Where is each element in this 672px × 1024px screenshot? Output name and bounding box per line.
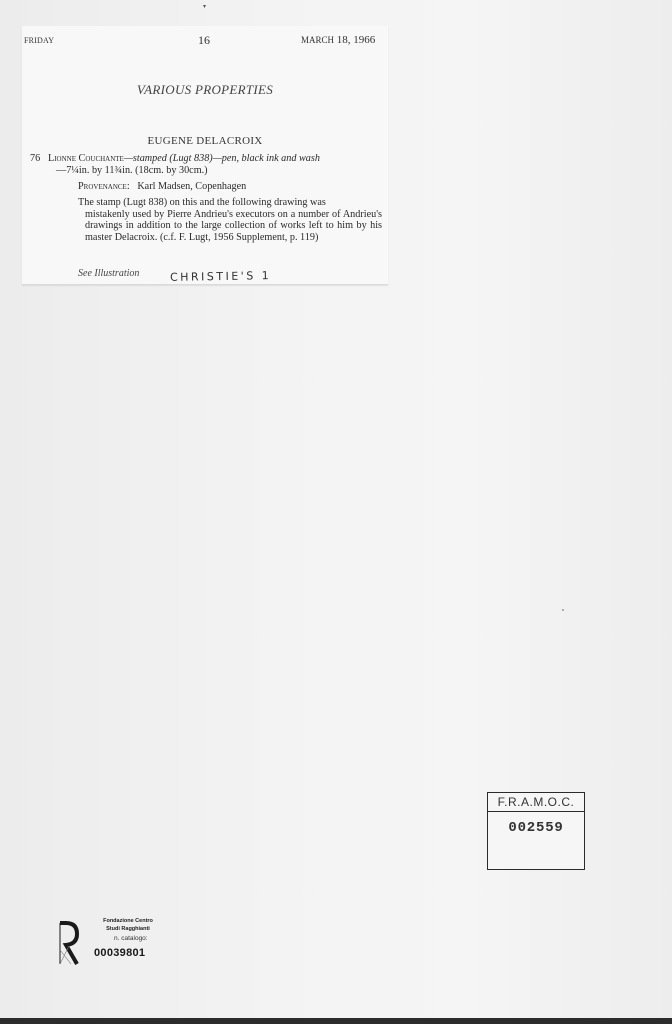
handwritten-note: CHRISTIE'S 1 xyxy=(170,269,271,284)
header-page-number: 16 xyxy=(198,33,210,48)
catalog-label: Fondazione Centro Studi Ragghianti n. ca… xyxy=(54,915,164,971)
institution-line1: Fondazione Centro xyxy=(92,917,164,925)
header-date-month: March xyxy=(301,35,334,45)
catalog-number: 00039801 xyxy=(94,947,145,959)
lot-note: The stamp (Lugt 838) on this and the fol… xyxy=(78,197,382,243)
lot-number: 76 xyxy=(30,153,40,165)
section-title: VARIOUS PROPERTIES xyxy=(22,82,388,98)
provenance-label: Provenance: xyxy=(78,181,130,192)
provenance: Provenance: Karl Madsen, Copenhagen xyxy=(78,181,246,192)
header-date-rest: 18, 1966 xyxy=(337,34,376,46)
scanner-edge xyxy=(0,1018,672,1024)
provenance-value: Karl Madsen, Copenhagen xyxy=(137,181,246,192)
top-mark: ▾ xyxy=(203,3,206,10)
lot-desc-line2: —7¼in. by 11¾in. (18cm. by 30cm.) xyxy=(48,165,382,177)
ragghianti-logo-icon xyxy=(57,920,79,966)
catalog-caption: n. catalogo: xyxy=(114,935,148,942)
stamp-number: 002559 xyxy=(488,820,584,836)
header-date: March 18, 1966 xyxy=(301,34,375,46)
lot-entry: 76 Lionne Couchante—stamped (Lugt 838)—p… xyxy=(30,153,382,177)
lot-desc-line1: —stamped (Lugt 838)—pen, black ink and w… xyxy=(124,153,320,164)
stamp-header: F.R.A.M.O.C. xyxy=(488,793,584,812)
institution-line2: Studi Ragghianti xyxy=(92,925,164,933)
header-day: Friday xyxy=(24,36,54,45)
catalog-clipping: Friday 16 March 18, 1966 VARIOUS PROPERT… xyxy=(22,26,388,285)
dust-speck xyxy=(562,609,564,611)
note-line1: The stamp (Lugt 838) on this and the fol… xyxy=(78,197,382,209)
lot-title: Lionne Couchante xyxy=(48,153,124,164)
artist-name: EUGENE DELACROIX xyxy=(22,135,388,147)
institution-name: Fondazione Centro Studi Ragghianti xyxy=(92,917,164,933)
framoc-stamp: F.R.A.M.O.C. 002559 xyxy=(487,792,585,870)
see-illustration: See Illustration xyxy=(78,268,139,279)
note-rest: mistakenly used by Pierre Andrieu's exec… xyxy=(78,209,382,244)
